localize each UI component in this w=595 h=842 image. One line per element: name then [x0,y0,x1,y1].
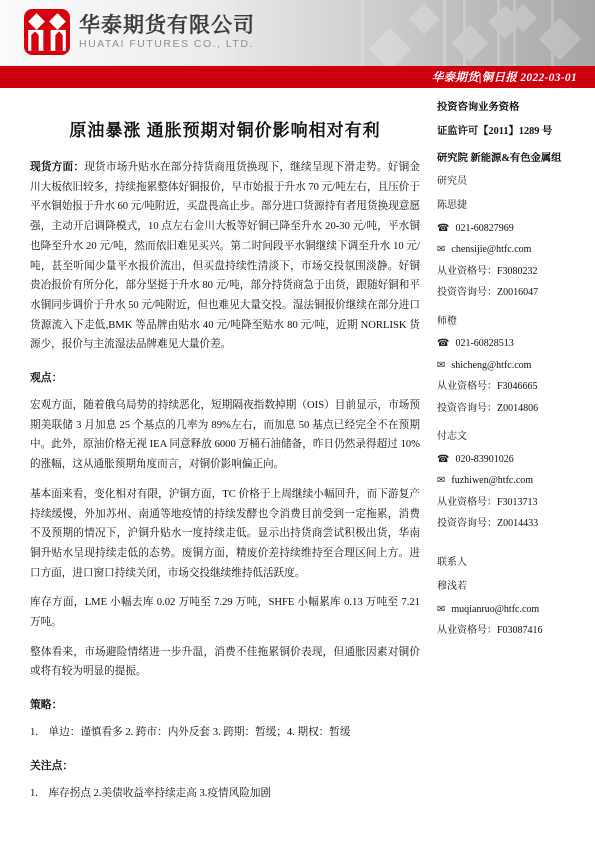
phone-icon: ☎ [437,222,449,237]
email-link[interactable]: fuzhiwen@htfc.com [451,474,533,489]
spot-label: 现货方面： [30,162,84,173]
contact-person-label: 联系人 [437,556,575,571]
phone-icon: ☎ [437,337,449,352]
researcher-card: 师橙 ☎ 021-60828513 ✉ shicheng@htfc.com 从业… [437,315,575,417]
researcher-name: 师橙 [437,315,575,330]
phone-row: ☎ 021-60827969 [437,222,575,237]
phone-number: 021-60828513 [455,337,513,352]
focus-items: 1. 库存拐点 2.美债收益率持续走高 3.疫情风险加剧 [30,784,420,804]
paragraph-inventory: 库存方面，LME 小幅去库 0.02 万吨至 7.29 万吨，SHFE 小幅累库… [30,593,420,632]
advisor-cert-number: 投资咨询号：Z0016047 [437,286,575,301]
email-row: ✉ chensijie@htfc.com [437,243,575,258]
main-column: 原油暴涨 通胀预期对铜价影响相对有利 现货方面：现货市场升贴水在部分持货商甩货换… [30,88,420,808]
company-name-block: 华泰期货有限公司 HUATAI FUTURES CO., LTD. [79,14,255,50]
heading-focus: 关注点： [30,758,420,773]
institute-name: 研究院 新能源&有色金属组 [437,152,575,167]
phone-icon: ☎ [437,453,449,468]
email-row: ✉ muqianruo@htfc.com [437,603,575,618]
email-icon: ✉ [437,359,445,374]
practice-cert-number: 从业资格号：F3046665 [437,380,575,395]
practice-cert-number: 从业资格号：F3080232 [437,265,575,280]
researcher-card: 付志文 ☎ 020-83901026 ✉ fuzhiwen@htfc.com 从… [437,430,575,532]
advisor-cert-number: 投资咨询号：Z0014806 [437,402,575,417]
researcher-card: 陈思捷 ☎ 021-60827969 ✉ chensijie@htfc.com … [437,199,575,301]
page-header: 华泰期货有限公司 HUATAI FUTURES CO., LTD. [0,0,595,66]
strategy-items: 1. 单边：谨慎看多 2. 跨市：内外反套 3. 跨期：暂缓；4. 期权：暂缓 [30,723,420,743]
practice-cert-number: 从业资格号：F03087416 [437,624,575,639]
company-name-cn: 华泰期货有限公司 [79,14,255,38]
advisor-cert-number: 投资咨询号：Z0014433 [437,517,575,532]
email-icon: ✉ [437,243,445,258]
email-icon: ✉ [437,474,445,489]
banner-report-label: 华泰期货|铜日报 2022-03-01 [432,69,577,85]
phone-number: 021-60827969 [455,222,513,237]
contact-person-card: 联系人 穆浅若 ✉ muqianruo@htfc.com 从业资格号：F0308… [437,556,575,639]
huatai-logo-icon [24,9,70,55]
spot-text: 现货市场升贴水在部分持货商甩货换现下，继续呈现下滑走势。好铜金川大板依旧较多，持… [30,162,420,350]
paragraph-fundamentals: 基本面来看，变化相对有限，沪铜方面，TC 价格于上周继续小幅回升，而下游复产持续… [30,485,420,584]
content-area: 原油暴涨 通胀预期对铜价影响相对有利 现货方面：现货市场升贴水在部分持货商甩货换… [0,88,595,808]
company-name-en: HUATAI FUTURES CO., LTD. [79,38,255,50]
researcher-name: 陈思捷 [437,199,575,214]
email-link[interactable]: chensijie@htfc.com [451,243,531,258]
email-row: ✉ shicheng@htfc.com [437,359,575,374]
practice-cert-number: 从业资格号：F3013713 [437,496,575,511]
sidebar-spacer [437,546,575,556]
phone-row: ☎ 021-60828513 [437,337,575,352]
email-icon: ✉ [437,603,445,618]
email-row: ✉ fuzhiwen@htfc.com [437,474,575,489]
researcher-name: 付志文 [437,430,575,445]
report-title: 原油暴涨 通胀预期对铜价影响相对有利 [30,116,420,141]
heading-viewpoint: 观点： [30,370,420,385]
email-link[interactable]: shicheng@htfc.com [451,359,531,374]
header-decor-pattern [345,0,595,66]
researcher-label: 研究员 [437,175,575,190]
sidebar-column: 投资咨询业务资格 证监许可【2011】1289 号 研究院 新能源&有色金属组 … [437,88,575,808]
report-banner: 华泰期货|铜日报 2022-03-01 [0,66,595,88]
report-page: 华泰期货有限公司 HUATAI FUTURES CO., LTD. 华泰期货|铜… [0,0,595,842]
paragraph-macro: 宏观方面，随着俄乌局势的持续恶化，短期隔夜指数掉期（OIS）目前显示，市场预期美… [30,396,420,475]
email-link[interactable]: muqianruo@htfc.com [451,603,539,618]
contact-person-name: 穆浅若 [437,580,575,595]
phone-number: 020-83901026 [455,453,513,468]
company-logo-block: 华泰期货有限公司 HUATAI FUTURES CO., LTD. [24,9,255,55]
heading-strategy: 策略： [30,697,420,712]
license-number: 证监许可【2011】1289 号 [437,125,575,140]
paragraph-overall: 整体看来，市场避险情绪进一步升温，消费不佳拖累铜价表现，但通胀因素对铜价或将有较… [30,643,420,682]
phone-row: ☎ 020-83901026 [437,453,575,468]
paragraph-spot: 现货方面：现货市场升贴水在部分持货商甩货换现下，继续呈现下滑走势。好铜金川大板依… [30,158,420,355]
qualification-title: 投资咨询业务资格 [437,101,575,116]
